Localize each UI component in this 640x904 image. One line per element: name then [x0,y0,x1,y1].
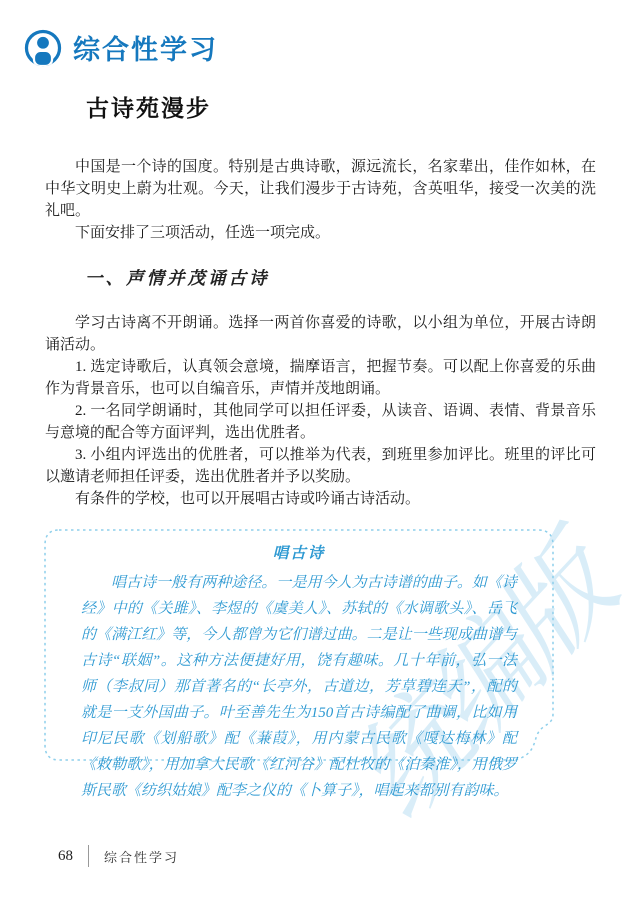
activity-section-heading: 一、声情并茂诵古诗 [85,267,596,289]
footer-divider [88,845,89,867]
section-list-item: 3. 小组内评选出的优胜者，可以推举为代表，到班里参加评比。班里的评比可以邀请老… [45,444,596,488]
section-list-item: 2. 一名同学朗诵时，其他同学可以担任评委，从读音、语调、表情、背景音乐与意境的… [45,400,596,444]
main-text: 中国是一个诗的国度。特别是古典诗歌，源远流长，名家辈出，佳作如林，在中华文明史上… [45,156,596,510]
person-icon [24,29,62,67]
sing-ancient-poems-callout: 唱古诗 唱古诗一般有两种途径。一是用今人为古诗谱的曲子。如《诗经》中的《关雎》、… [44,529,554,762]
section-list-item: 1. 选定诗歌后，认真领会意境，揣摩语言，把握节奏。可以配上你喜爱的乐曲作为背景… [45,356,596,400]
intro-paragraph: 下面安排了三项活动，任选一项完成。 [45,222,596,244]
intro-paragraph: 中国是一个诗的国度。特别是古典诗歌，源远流长，名家辈出，佳作如林，在中华文明史上… [45,156,596,222]
page-title: 古诗苑漫步 [86,90,211,123]
unit-header-label: 综合性学习 [73,28,218,67]
section-paragraph: 有条件的学校，也可以开展唱古诗或吟诵古诗活动。 [45,488,596,510]
footer-section-label: 综合性学习 [104,847,179,866]
unit-header: 综合性学习 [24,28,218,67]
section-paragraph: 学习古诗离不开朗诵。选择一两首你喜爱的诗歌，以小组为单位，开展古诗朗诵活动。 [45,312,596,356]
textbook-page: 综合性学习 古诗苑漫步 中国是一个诗的国度。特别是古典诗歌，源远流长，名家辈出，… [0,0,640,904]
callout-body: 唱古诗一般有两种途径。一是用今人为古诗谱的曲子。如《诗经》中的《关雎》、李煜的《… [81,570,517,804]
page-footer: 68 综合性学习 [58,845,179,867]
page-number: 68 [58,848,73,865]
callout-title: 唱古诗 [44,541,554,563]
